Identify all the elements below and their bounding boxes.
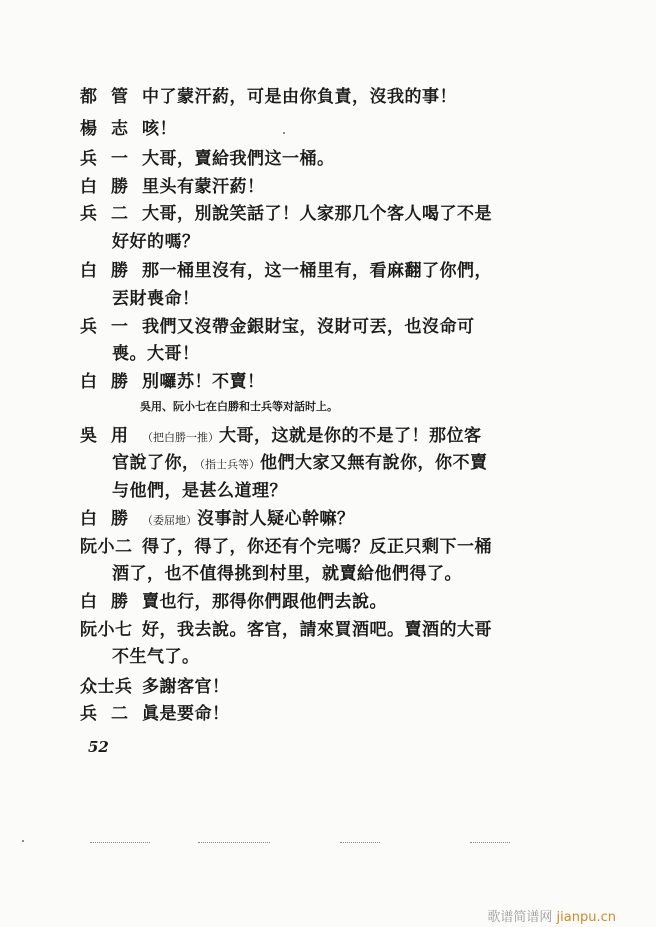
continuation-line: 喪。大哥！ xyxy=(112,343,200,365)
dialogue-line: 白勝別囉苏！不賣！ xyxy=(80,371,265,393)
dialogue-line: 白勝里头有蒙汗葯！ xyxy=(80,176,265,198)
dialogue-line: 吳用（把白勝一推）大哥，这就是你的不是了！那位客 xyxy=(80,425,482,449)
speaker: 众士兵 xyxy=(80,676,142,698)
continuation-line: 酒了，也不值得挑到村里，就賣給他們得了。 xyxy=(112,563,462,585)
speaker: 兵一 xyxy=(80,148,142,170)
speaker: 阮小七 xyxy=(80,619,142,641)
dialogue-line: 阮小七好，我去說。客官，請來買酒吧。賣酒的大哥 xyxy=(80,619,492,641)
speaker: 楊志 xyxy=(80,118,142,140)
speaker: 兵二 xyxy=(80,703,142,725)
dialogue-line: 众士兵多謝客官！ xyxy=(80,676,230,698)
speaker: 白勝 xyxy=(80,508,142,530)
dialogue-text: 咳！ xyxy=(142,119,177,139)
speaker: 都管 xyxy=(80,86,142,108)
dialogue-text: 大哥，別說笑話了！人家那几个客人喝了不是 xyxy=(142,204,492,224)
continuation-line: 好好的嗎？ xyxy=(112,231,200,253)
stage-aside: （委屈地） xyxy=(142,514,197,527)
stage-aside: （把白勝一推） xyxy=(142,431,219,444)
watermark: 歌谱简谱网 jianpu.cn xyxy=(487,906,616,925)
scanned-page: 都管中了蒙汗葯，可是由你負責，沒我的事！ 楊志咳！ 兵一大哥，賣給我們这一桶。 … xyxy=(0,0,656,927)
dialogue-text: 得了，得了，你还有个完嗎？反正只剩下一桶 xyxy=(142,537,492,557)
speaker: 阮小二 xyxy=(80,536,142,558)
dialogue-text: 大哥，这就是你的不是了！那位客 xyxy=(219,426,482,446)
dialogue-text: 那一桶里沒有，这一桶里有，看麻翻了你們， xyxy=(142,261,492,281)
speaker: 白勝 xyxy=(80,176,142,198)
dialogue-line: 兵二眞是要命！ xyxy=(80,703,230,725)
dialogue-text: 別囉苏！不賣！ xyxy=(142,372,265,392)
dialogue-line: 白勝賣也行，那得你們跟他們去說。 xyxy=(80,591,387,613)
scan-artifact xyxy=(470,842,510,844)
dialogue-line: 白勝（委屈地）沒事討人疑心幹嘛？ xyxy=(80,508,355,532)
speaker: 兵二 xyxy=(80,203,142,225)
dialogue-text: 眞是要命！ xyxy=(142,704,230,724)
dialogue-line: 白勝那一桶里沒有，这一桶里有，看麻翻了你們， xyxy=(80,260,492,282)
speaker: 兵一 xyxy=(80,316,142,338)
dialogue-text: 我們又沒帶金銀財宝，沒財可丟，也沒命可 xyxy=(142,317,475,337)
speaker: 吳用 xyxy=(80,425,142,447)
continuation-line: 与他們，是甚么道理？ xyxy=(112,480,287,502)
dialogue-line: 阮小二得了，得了，你还有个完嗎？反正只剩下一桶 xyxy=(80,536,492,558)
speaker: 白勝 xyxy=(80,591,142,613)
scan-artifact xyxy=(340,842,380,844)
dialogue-line: 兵一我們又沒帶金銀財宝，沒財可丟，也沒命可 xyxy=(80,316,475,338)
dialogue-text: 里头有蒙汗葯！ xyxy=(142,177,265,197)
dialogue-line: 兵二大哥，別說笑話了！人家那几个客人喝了不是 xyxy=(80,203,492,225)
dialogue-line: 兵一大哥，賣給我們这一桶。 xyxy=(80,148,335,170)
speaker: 白勝 xyxy=(80,260,142,282)
scan-speck xyxy=(22,840,24,842)
continuation-line: 不生气了。 xyxy=(112,646,200,668)
stage-direction: 吳用、阮小七在白勝和士兵等对話时上。 xyxy=(140,396,338,418)
dialogue-text: 大哥，賣給我們这一桶。 xyxy=(142,149,335,169)
dialogue-text: 多謝客官！ xyxy=(142,677,230,697)
continuation-line: 丟財喪命！ xyxy=(112,288,200,310)
dialogue-line: 都管中了蒙汗葯，可是由你負責，沒我的事！ xyxy=(80,86,457,108)
dialogue-text: 沒事討人疑心幹嘛？ xyxy=(197,509,355,529)
scan-artifact xyxy=(90,842,150,844)
dialogue-text: 賣也行，那得你們跟他們去說。 xyxy=(142,592,387,612)
scan-speck xyxy=(283,132,285,134)
dialogue-line: 楊志咳！ xyxy=(80,118,177,140)
dialogue-text: 中了蒙汗葯，可是由你負責，沒我的事！ xyxy=(142,87,457,107)
stage-aside: （指士兵等） xyxy=(200,458,261,471)
continuation-line: 官說了你，（指士兵等）他們大家又無有說你，你不賣 xyxy=(112,452,488,476)
page-number: 52 xyxy=(88,738,109,756)
speaker: 白勝 xyxy=(80,371,142,393)
scan-artifact xyxy=(198,842,270,844)
dialogue-text: 好，我去說。客官，請來買酒吧。賣酒的大哥 xyxy=(142,620,492,640)
